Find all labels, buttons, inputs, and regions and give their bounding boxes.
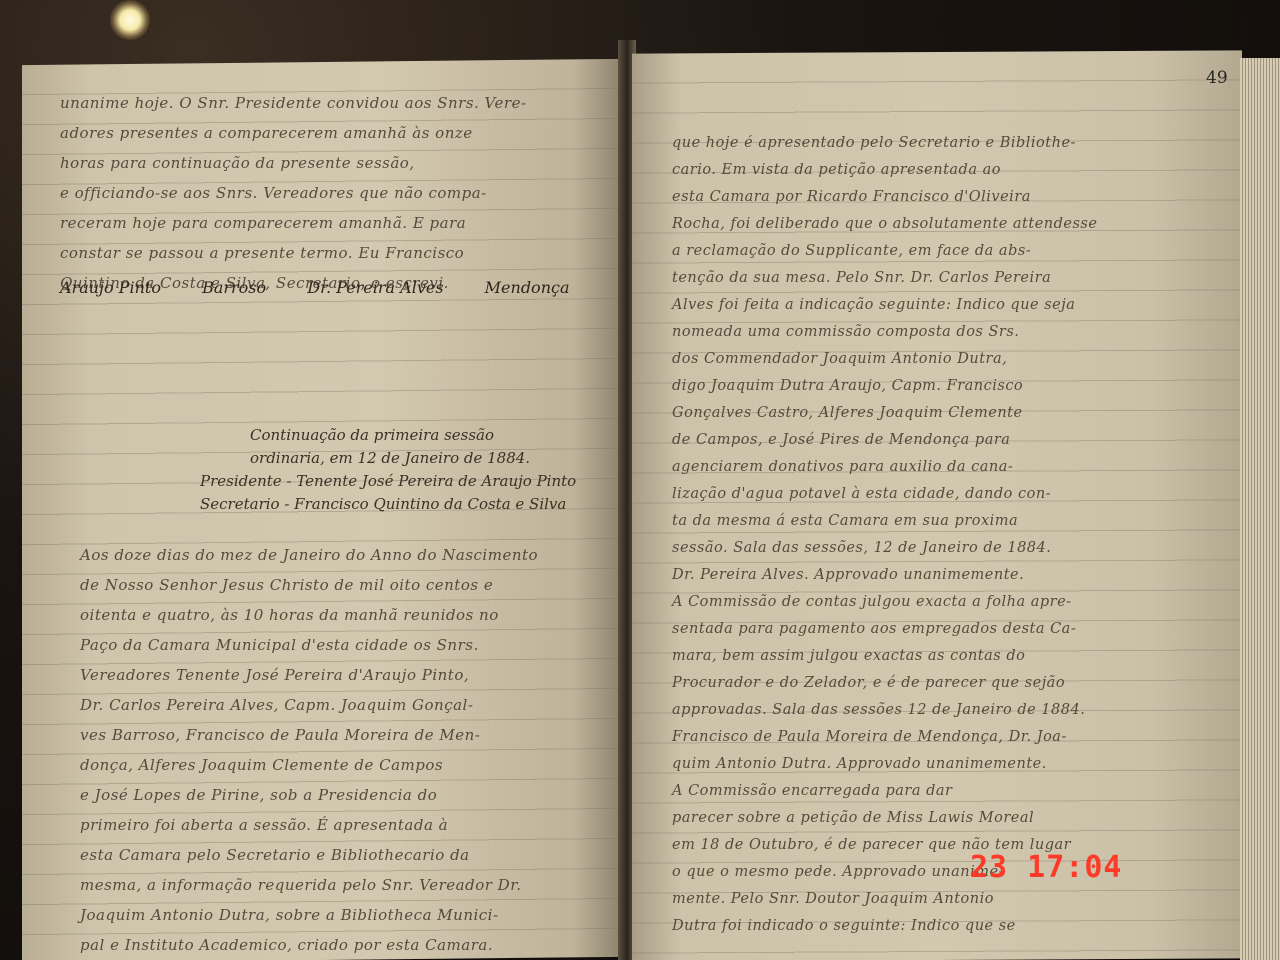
camera-timestamp: 23 17:04: [970, 850, 1123, 885]
handwritten-line: approvadas. Sala das sessões 12 de Janei…: [672, 697, 1097, 724]
handwritten-line: adores presentes a comparecerem amanhã à…: [60, 118, 527, 148]
heading-line: Continuação da primeira sessão: [250, 424, 576, 447]
handwritten-line: donça, Alferes Joaquim Clemente de Campo…: [80, 750, 538, 780]
handwritten-line: mara, bem assim julgou exactas as contas…: [672, 643, 1097, 670]
handwritten-line: lização d'agua potavel à esta cidade, da…: [672, 481, 1097, 508]
handwritten-line: unanime hoje. O Snr. Presidente convidou…: [60, 88, 527, 118]
right-page-text: que hoje é apresentado pelo Secretario e…: [672, 130, 1097, 940]
handwritten-line: pal e Instituto Academico, criado por es…: [80, 930, 538, 960]
handwritten-line: esta Camara por Ricardo Francisco d'Oliv…: [672, 184, 1097, 211]
handwritten-line: de Nosso Senhor Jesus Christo de mil oit…: [80, 570, 538, 600]
handwritten-line: agenciarem donativos para auxilio da can…: [672, 454, 1097, 481]
signature: Barroso: [202, 278, 266, 297]
handwritten-line: de Campos, e José Pires de Mendonça para: [672, 427, 1097, 454]
handwritten-line: Paço da Camara Municipal d'esta cidade o…: [80, 630, 538, 660]
signature: Dr. Pereira Alves: [307, 278, 443, 297]
handwritten-line: mente. Pelo Snr. Doutor Joaquim Antonio: [672, 886, 1097, 913]
handwritten-line: tenção da sua mesa. Pelo Snr. Dr. Carlos…: [672, 265, 1097, 292]
page-number: 49: [1206, 68, 1228, 88]
handwritten-line: oitenta e quatro, às 10 horas da manhã r…: [80, 600, 538, 630]
handwritten-line: horas para continuação da presente sessã…: [60, 148, 527, 178]
handwritten-line: Francisco de Paula Moreira de Mendonça, …: [672, 724, 1097, 751]
handwritten-line: ves Barroso, Francisco de Paula Moreira …: [80, 720, 538, 750]
handwritten-line: a reclamação do Supplicante, em face da …: [672, 238, 1097, 265]
session-heading: Continuação da primeira sessão ordinaria…: [250, 424, 576, 516]
left-page-top-text: unanime hoje. O Snr. Presidente convidou…: [60, 88, 527, 298]
handwritten-line: esta Camara pelo Secretario e Bibliothec…: [80, 840, 538, 870]
handwritten-line: primeiro foi aberta a sessão. É apresent…: [80, 810, 538, 840]
handwritten-line: A Commissão encarregada para dar: [672, 778, 1097, 805]
handwritten-line: sentada para pagamento aos empregados de…: [672, 616, 1097, 643]
left-page-body-text: Aos doze dias do mez de Janeiro do Anno …: [80, 540, 538, 960]
signature: Mendonça: [485, 278, 570, 297]
signature: Araujo Pinto: [60, 278, 161, 297]
handwritten-line: A Commissão de contas julgou exacta a fo…: [672, 589, 1097, 616]
handwritten-line: mesma, a informação requerida pelo Snr. …: [80, 870, 538, 900]
handwritten-line: Gonçalves Castro, Alferes Joaquim Clemen…: [672, 400, 1097, 427]
handwritten-line: Procurador e do Zelador, e é de parecer …: [672, 670, 1097, 697]
handwritten-line: Rocha, foi deliberado que o absolutament…: [672, 211, 1097, 238]
signature-row: Araujo Pinto Barroso Dr. Pereira Alves M…: [60, 278, 606, 297]
handwritten-line: Joaquim Antonio Dutra, sobre a Bibliothe…: [80, 900, 538, 930]
handwritten-line: receram hoje para comparecerem amanhã. E…: [60, 208, 527, 238]
handwritten-line: Aos doze dias do mez de Janeiro do Anno …: [80, 540, 538, 570]
handwritten-line: Dutra foi indicado o seguinte: Indico qu…: [672, 913, 1097, 940]
page-edges: [1240, 58, 1280, 960]
lamp-light: [110, 0, 150, 40]
heading-line: Presidente - Tenente José Pereira de Ara…: [200, 470, 576, 493]
handwritten-line: que hoje é apresentado pelo Secretario e…: [672, 130, 1097, 157]
handwritten-line: parecer sobre a petição de Miss Lawis Mo…: [672, 805, 1097, 832]
handwritten-line: e José Lopes de Pirine, sob a Presidenci…: [80, 780, 538, 810]
handwritten-line: cario. Em vista da petição apresentada a…: [672, 157, 1097, 184]
handwritten-line: quim Antonio Dutra. Approvado unanimemen…: [672, 751, 1097, 778]
handwritten-line: Dr. Pereira Alves. Approvado unanimement…: [672, 562, 1097, 589]
handwritten-line: constar se passou a presente termo. Eu F…: [60, 238, 527, 268]
handwritten-line: nomeada uma commissão composta dos Srs.: [672, 319, 1097, 346]
handwritten-line: Vereadores Tenente José Pereira d'Araujo…: [80, 660, 538, 690]
handwritten-line: sessão. Sala das sessões, 12 de Janeiro …: [672, 535, 1097, 562]
heading-line: ordinaria, em 12 de Janeiro de 1884.: [250, 447, 576, 470]
handwritten-line: ta da mesma á esta Camara em sua proxima: [672, 508, 1097, 535]
handwritten-line: dos Commendador Joaquim Antonio Dutra,: [672, 346, 1097, 373]
handwritten-line: Alves foi feita a indicação seguinte: In…: [672, 292, 1097, 319]
handwritten-line: e officiando-se aos Snrs. Vereadores que…: [60, 178, 527, 208]
handwritten-line: digo Joaquim Dutra Araujo, Capm. Francis…: [672, 373, 1097, 400]
heading-line: Secretario - Francisco Quintino da Costa…: [200, 493, 576, 516]
handwritten-line: Dr. Carlos Pereira Alves, Capm. Joaquim …: [80, 690, 538, 720]
